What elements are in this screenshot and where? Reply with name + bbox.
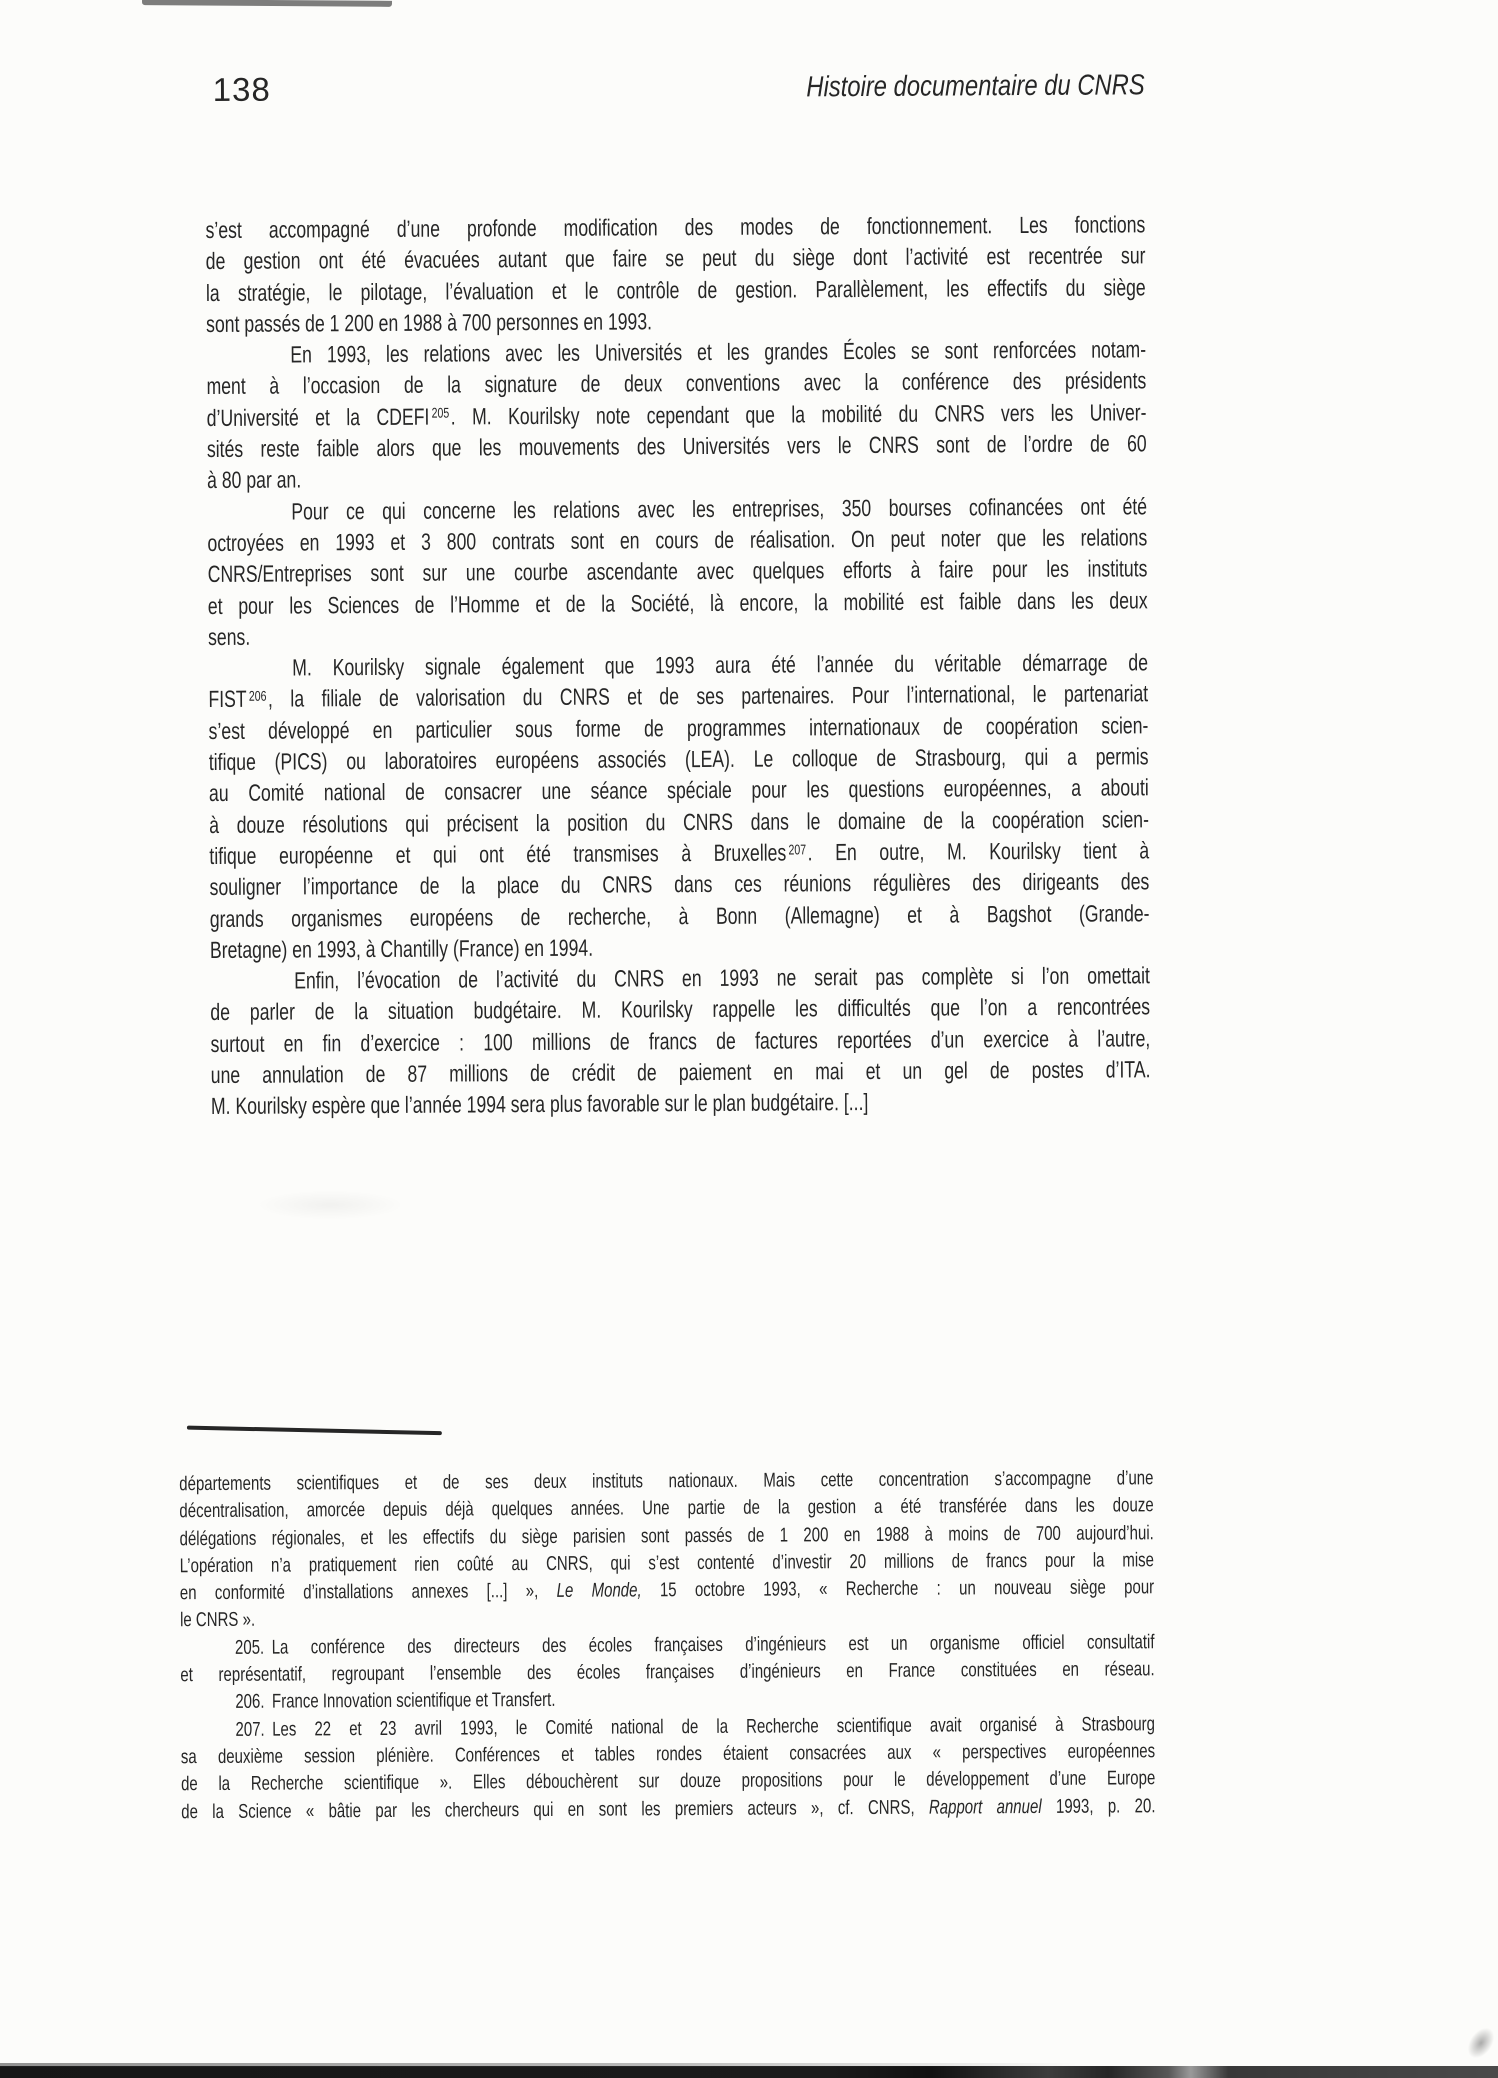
text-line: une annulation de 87 millions de crédit …	[211, 1054, 1151, 1091]
paragraph: M. Kourilsky signale également que 1993 …	[208, 647, 1150, 966]
text-line: la stratégie, le pilotage, l’évaluation …	[206, 272, 1146, 309]
footnote: 205. La conférence des directeurs des éc…	[180, 1629, 1155, 1690]
footnote: départements scientifiques et de ses deu…	[179, 1465, 1154, 1635]
text-line: souligner l’importance de la place du CN…	[209, 867, 1149, 904]
text-line: de gestion ont été évacuées autant que f…	[206, 241, 1146, 278]
paragraph: Enfin, l’évocation de l’activité du CNRS…	[210, 960, 1151, 1122]
text-line: CNRS/Entreprises sont sur une courbe asc…	[208, 554, 1148, 591]
scan-smudge	[255, 1190, 405, 1220]
text-line: de la Science « bâtie par les chercheurs…	[181, 1793, 1155, 1826]
running-title: Histoire documentaire du CNRS	[571, 69, 1145, 106]
footnote-reference: 207	[788, 841, 806, 857]
page-content: 138 Histoire documentaire du CNRS s’est …	[0, 0, 1498, 2078]
book-page: 138 Histoire documentaire du CNRS s’est …	[0, 0, 1498, 2078]
text-line: et pour les Sciences de l’Homme et de la…	[208, 585, 1148, 622]
text-line: sités reste faible alors que les mouveme…	[207, 428, 1147, 465]
page-number: 138	[213, 71, 271, 109]
text-line: grands organismes européens de recherche…	[210, 898, 1150, 935]
italic-text: Le Monde,	[557, 1580, 642, 1603]
paragraph: s’est accompagné d’une profonde modifica…	[205, 209, 1145, 340]
paragraph: En 1993, les relations avec les Universi…	[206, 334, 1147, 496]
footnote-reference: 206	[249, 688, 267, 704]
footnote-reference: 205	[432, 405, 450, 421]
italic-text: Rapport annuel	[929, 1796, 1042, 1819]
body-text: s’est accompagné d’une profonde modifica…	[205, 209, 1150, 1122]
paragraph: Pour ce qui concerne les relations avec …	[207, 491, 1148, 653]
scan-artifact-bottom-bar	[0, 2066, 1498, 2078]
text-line: M. Kourilsky espère que l’année 1994 ser…	[211, 1086, 1151, 1123]
footnotes: départements scientifiques et de ses deu…	[179, 1465, 1155, 1826]
footnote-separator	[187, 1426, 442, 1436]
text-line: au Comité national de consacrer une séan…	[209, 773, 1149, 810]
footnote: 207. Les 22 et 23 avril 1993, le Comité …	[181, 1711, 1156, 1826]
